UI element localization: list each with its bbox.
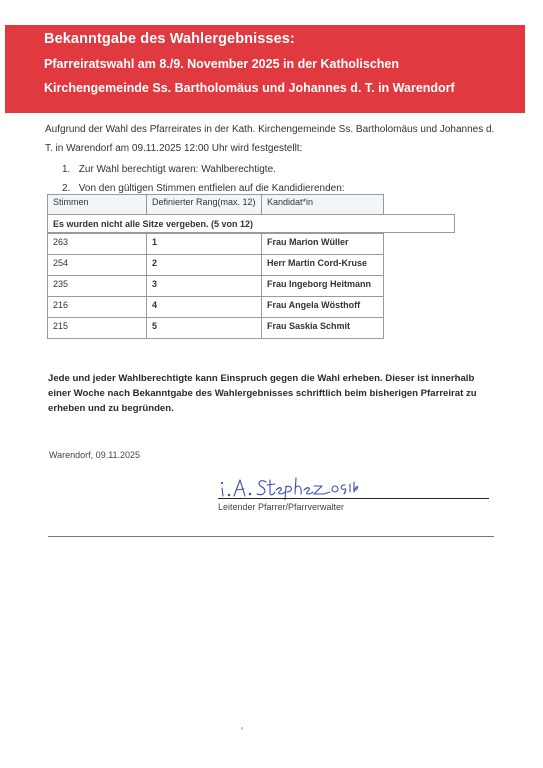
- intro-line-1: Aufgrund der Wahl des Pfarreirates in de…: [45, 120, 515, 139]
- election-subtitle: Pfarreiratswahl am 8./9. November 2025 i…: [44, 57, 399, 71]
- footer-divider: [48, 536, 494, 537]
- findings-list: 1. Zur Wahl berechtigt waren: Wahlberech…: [62, 160, 345, 198]
- votes-cell: 216: [48, 297, 147, 318]
- rank-cell: 4: [147, 297, 262, 318]
- list-number: 1.: [62, 160, 76, 179]
- candidate-cell: Frau Angela Wösthoff: [262, 297, 384, 318]
- rank-cell: 1: [147, 234, 262, 255]
- table-row: 216 4 Frau Angela Wösthoff: [48, 297, 384, 318]
- votes-cell: 263: [48, 234, 147, 255]
- results-table-header: Stimmen Definierter Rang(max. 12) Kandid…: [47, 194, 384, 215]
- header-candidate: Kandidat*in: [262, 195, 384, 215]
- signature-label: Leitender Pfarrer/Pfarrverwalter: [218, 502, 344, 512]
- parish-subtitle: Kirchengemeinde Ss. Bartholomäus und Joh…: [44, 81, 455, 95]
- header-rank: Definierter Rang(max. 12): [147, 195, 262, 215]
- table-header-row: Stimmen Definierter Rang(max. 12) Kandid…: [48, 195, 384, 215]
- notice-line-1: Jede und jeder Wahlberechtigte kann Eins…: [48, 371, 508, 386]
- announcement-title: Bekanntgabe des Wahlergebnisses:: [44, 31, 295, 47]
- list-text: Zur Wahl berechtigt waren: Wahlberechtig…: [79, 164, 276, 175]
- votes-cell: 254: [48, 255, 147, 276]
- objection-notice: Jede und jeder Wahlberechtigte kann Eins…: [48, 371, 508, 416]
- candidate-cell: Frau Saskia Schmit: [262, 318, 384, 339]
- table-row: 215 5 Frau Saskia Schmit: [48, 318, 384, 339]
- table-row: 254 2 Herr Martin Cord-Kruse: [48, 255, 384, 276]
- handwritten-signature: [218, 474, 488, 500]
- results-table: 263 1 Frau Marion Wüller 254 2 Herr Mart…: [47, 233, 384, 339]
- list-text: Von den gültigen Stimmen entfielen auf d…: [79, 183, 345, 194]
- votes-cell: 215: [48, 318, 147, 339]
- seats-note: Es wurden nicht alle Sitze vergeben. (5 …: [47, 214, 455, 233]
- intro-line-2: T. in Warendorf am 09.11.2025 12:00 Uhr …: [45, 139, 515, 158]
- candidate-cell: Frau Ingeborg Heitmann: [262, 276, 384, 297]
- votes-cell: 235: [48, 276, 147, 297]
- intro-paragraph: Aufgrund der Wahl des Pfarreirates in de…: [45, 120, 515, 158]
- rank-cell: 2: [147, 255, 262, 276]
- candidate-cell: Frau Marion Wüller: [262, 234, 384, 255]
- signature-line: [218, 498, 489, 499]
- scan-speck: [241, 727, 243, 730]
- rank-cell: 3: [147, 276, 262, 297]
- place-date: Warendorf, 09.11.2025: [49, 450, 140, 460]
- notice-line-2: einer Woche nach Bekanntgabe des Wahlerg…: [48, 386, 508, 401]
- candidate-cell: Herr Martin Cord-Kruse: [262, 255, 384, 276]
- rank-cell: 5: [147, 318, 262, 339]
- list-item: 1. Zur Wahl berechtigt waren: Wahlberech…: [62, 160, 345, 179]
- header-banner: Bekanntgabe des Wahlergebnisses: Pfarrei…: [5, 25, 525, 113]
- notice-line-3: erheben und zu begründen.: [48, 401, 508, 416]
- table-row: 263 1 Frau Marion Wüller: [48, 234, 384, 255]
- header-votes: Stimmen: [48, 195, 147, 215]
- table-row: 235 3 Frau Ingeborg Heitmann: [48, 276, 384, 297]
